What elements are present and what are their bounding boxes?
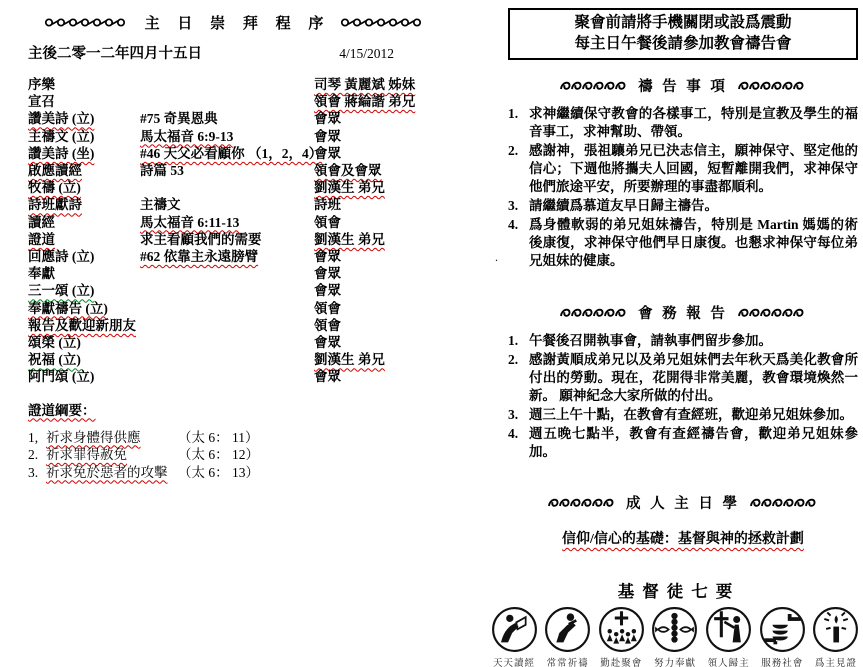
item-number: 1.	[508, 332, 529, 350]
service-row: 讀經馬太福音 6:11-13領會	[28, 214, 440, 231]
item-text: 請繼續爲慕道友早日歸主禱告。	[529, 197, 858, 215]
prayer-section-heading: 禱 告 事 項	[638, 75, 728, 96]
swirl-ornament-icon	[559, 307, 629, 319]
outline-number: 3.	[28, 464, 46, 482]
offering-icon	[651, 606, 698, 653]
item-text: 求神繼續保守教會的各樣事工，特別是宣教及學生的福音事工，求神幫助、帶領。	[529, 105, 858, 141]
service-who: 詩班	[314, 196, 440, 213]
date-row: 主後二零一二年四月十五日 4/15/2012	[28, 42, 440, 63]
service-detail	[140, 179, 314, 196]
swirl-ornament-icon	[749, 497, 819, 509]
outline-text: 祈求罪得赦免	[46, 446, 178, 464]
seven-essential-item: 天天讀經	[489, 606, 539, 667]
outline-reference: （太 6： 11）	[178, 429, 259, 447]
service-row: 阿門頌 (立)會眾	[28, 368, 440, 385]
notice-line-1: 聚會前請將手機關閉或設爲震動	[514, 12, 852, 33]
item-number: 1.	[508, 105, 529, 141]
bulletin-page: 主 日 崇 拜 程 序 主後二零一二年四月十五日 4/15/2012 序樂司琴 …	[0, 0, 863, 667]
service-row: 詩班獻詩主禱文詩班	[28, 196, 440, 213]
report-item: 4.週五晚七點半，教會有查經禱告會，歡迎弟兄姐妹參加。	[508, 425, 858, 461]
seven-essential-item: 服務社會	[757, 606, 807, 667]
service-row: 祝福 (立)劉漢生 弟兄	[28, 351, 440, 368]
service-item: 證道	[28, 231, 140, 248]
report-item: 1.午餐後召開執事會，請執事們留步參加。	[508, 332, 858, 350]
seven-essential-item: 常常祈禱	[543, 606, 593, 667]
seven-essential-item: 爲主見證	[811, 606, 861, 667]
service-who: 領會及會眾	[314, 162, 440, 179]
service-detail	[140, 76, 314, 93]
seven-essential-item: 勤赴聚會	[596, 606, 646, 667]
announcements-column: 聚會前請將手機關閉或設爲震動 每主日午餐後請參加教會禱告會 禱 告 事 項 1.…	[508, 8, 858, 548]
seven-essential-item: 努力奉獻	[650, 606, 700, 667]
service-row: 主禱文 (立)馬太福音 6:9-13會眾	[28, 128, 440, 145]
service-row: 啟應讀經詩篇 53領會及會眾	[28, 162, 440, 179]
date-numeric: 4/15/2012	[339, 46, 440, 62]
service-who: 領會	[314, 317, 440, 334]
worship-order-title: 主 日 崇 拜 程 序	[138, 12, 331, 33]
church-gathering-icon	[598, 606, 645, 653]
service-item: 頌榮 (立)	[28, 334, 140, 351]
seven-essentials-title: 基督徒七要	[489, 578, 861, 602]
service-row: 讚美詩 (立)#75 奇異恩典會眾	[28, 110, 440, 127]
prayer-item: 2.感謝神，張祖驤弟兄已決志信主，願神保守、堅定他的信心；下週他將攜夫人回國，短…	[508, 142, 858, 196]
prayer-icon	[544, 606, 591, 653]
report-section-heading-row: 會 務 報 告	[508, 302, 858, 323]
item-number: 2.	[508, 142, 529, 196]
swirl-ornament-icon	[737, 80, 807, 92]
item-number: 3.	[508, 197, 529, 215]
service-who: 會眾	[314, 128, 440, 145]
service-item: 報告及歡迎新朋友	[28, 317, 140, 334]
service-item: 祝福 (立)	[28, 351, 140, 368]
service-row: 奉獻會眾	[28, 265, 440, 282]
service-detail: #75 奇異恩典	[140, 110, 314, 127]
date-chinese: 主後二零一二年四月十五日	[28, 42, 202, 63]
item-number: 4.	[508, 425, 529, 461]
notice-box: 聚會前請將手機關閉或設爲震動 每主日午餐後請參加教會禱告會	[508, 8, 858, 60]
sunday-school-topic: 信仰/信心的基礎：基督與神的拯救計劃	[508, 528, 858, 548]
outline-number: 2.	[28, 446, 46, 464]
seven-essential-item: 領人歸主	[704, 606, 754, 667]
seven-essential-label: 爲主見證	[815, 655, 857, 667]
service-who: 領會 蔣綸諧 弟兄	[314, 93, 440, 110]
item-text: 感謝黃順成弟兄以及弟兄姐妹們去年秋天爲美化教會所付出的勞動。現在，花開得非常美麗…	[529, 351, 858, 405]
outline-text: 祈求身體得供應	[46, 429, 178, 447]
sermon-outline-item: 3.祈求免於惡者的攻擊（太 6： 13）	[28, 464, 440, 482]
service-item: 奉獻禱告 (立)	[28, 300, 140, 317]
item-number: 4.	[508, 216, 529, 270]
swirl-ornament-icon	[559, 80, 629, 92]
service-row: 宣召領會 蔣綸諧 弟兄	[28, 93, 440, 110]
service-detail: 詩篇 53	[140, 162, 314, 179]
service-item: 主禱文 (立)	[28, 128, 140, 145]
service-who: 會眾	[314, 282, 440, 299]
service-detail	[140, 334, 314, 351]
service-who: 領會	[314, 214, 440, 231]
service-who: 劉漢生 弟兄	[314, 351, 440, 368]
sermon-outline-list: 1,祈求身體得供應（太 6： 11）2.祈求罪得赦免（太 6： 12）3.祈求免…	[28, 429, 440, 482]
prayer-section-heading-row: 禱 告 事 項	[508, 75, 858, 96]
item-text: 週五晚七點半，教會有查經禱告會，歡迎弟兄姐妹參加。	[529, 425, 858, 461]
sermon-outline-item: 2.祈求罪得赦免（太 6： 12）	[28, 446, 440, 464]
service-order-table: 序樂司琴 黃麗斌 姊妹宣召領會 蔣綸諧 弟兄讚美詩 (立)#75 奇異恩典會眾主…	[28, 76, 440, 386]
service-item: 讀經	[28, 214, 140, 231]
service-who: 會眾	[314, 334, 440, 351]
service-item: 序樂	[28, 76, 140, 93]
service-who: 會眾	[314, 145, 440, 162]
report-item: 2.感謝黃順成弟兄以及弟兄姐妹們去年秋天爲美化教會所付出的勞動。現在，花開得非常…	[508, 351, 858, 405]
service-item: 宣召	[28, 93, 140, 110]
item-number: 2.	[508, 351, 529, 405]
swirl-ornament-icon	[737, 307, 807, 319]
outline-reference: （太 6： 13）	[178, 464, 259, 482]
service-detail	[140, 351, 314, 368]
witness-icon	[812, 606, 859, 653]
service-detail	[140, 368, 314, 385]
notice-line-2: 每主日午餐後請參加教會禱告會	[514, 33, 852, 54]
service-item: 奉獻	[28, 265, 140, 282]
service-item: 阿門頌 (立)	[28, 368, 140, 385]
bible-reading-icon	[491, 606, 538, 653]
service-detail	[140, 265, 314, 282]
service-who: 會眾	[314, 248, 440, 265]
report-items-list: 1.午餐後召開執事會，請執事們留步參加。2.感謝黃順成弟兄以及弟兄姐妹們去年秋天…	[508, 332, 858, 461]
service-who: 司琴 黃麗斌 姊妹	[314, 76, 440, 93]
community-service-icon	[759, 606, 806, 653]
service-detail	[140, 282, 314, 299]
sunday-school-heading-row: 成 人 主 日 學	[508, 492, 858, 513]
service-row: 證道求主看顧我們的需要劉漢生 弟兄	[28, 231, 440, 248]
service-row: 頌榮 (立)會眾	[28, 334, 440, 351]
stray-period: .	[495, 250, 498, 265]
prayer-item: 3.請繼續爲慕道友早日歸主禱告。	[508, 197, 858, 215]
report-section-heading: 會 務 報 告	[638, 302, 728, 323]
service-item: 牧禱 (立)	[28, 179, 140, 196]
outline-reference: （太 6： 12）	[178, 446, 259, 464]
item-number: 3.	[508, 406, 529, 424]
service-item: 三一頌 (立)	[28, 282, 140, 299]
service-detail: #62 依靠主永遠膀臂	[140, 248, 314, 265]
item-text: 感謝神，張祖驤弟兄已決志信主，願神保守、堅定他的信心；下週他將攜夫人回國，短暫離…	[529, 142, 858, 196]
service-row: 報告及歡迎新朋友領會	[28, 317, 440, 334]
service-detail: 主禱文	[140, 196, 314, 213]
service-item: 啟應讀經	[28, 162, 140, 179]
service-row: 牧禱 (立)劉漢生 弟兄	[28, 179, 440, 196]
worship-order-title-row: 主 日 崇 拜 程 序	[28, 12, 440, 33]
service-detail: 馬太福音 6:11-13	[140, 214, 314, 231]
seven-essential-label: 努力奉獻	[654, 655, 696, 667]
prayer-item: 1.求神繼續保守教會的各樣事工，特別是宣教及學生的福音事工，求神幫助、帶領。	[508, 105, 858, 141]
outline-text: 祈求免於惡者的攻擊	[46, 464, 178, 482]
service-row: 奉獻禱告 (立)領會	[28, 300, 440, 317]
seven-essential-label: 服務社會	[761, 655, 803, 667]
sunday-school-heading: 成 人 主 日 學	[626, 492, 740, 513]
seven-essentials-block: 基督徒七要 天天讀經常常祈禱勤赴聚會努力奉獻領人歸主服務社會爲主見證	[489, 578, 861, 667]
service-detail	[140, 93, 314, 110]
seven-essential-label: 天天讀經	[493, 655, 535, 667]
service-row: 三一頌 (立)會眾	[28, 282, 440, 299]
sermon-outline-item: 1,祈求身體得供應（太 6： 11）	[28, 429, 440, 447]
service-who: 劉漢生 弟兄	[314, 231, 440, 248]
service-detail	[140, 317, 314, 334]
seven-essential-label: 勤赴聚會	[600, 655, 642, 667]
item-text: 爲身體軟弱的弟兄姐妹禱告，特別是 Martin 媽媽的術後康復，求神保守他們早日…	[529, 216, 858, 270]
service-item: 讚美詩 (立)	[28, 110, 140, 127]
prayer-item: 4.爲身體軟弱的弟兄姐妹禱告，特別是 Martin 媽媽的術後康復，求神保守他們…	[508, 216, 858, 270]
seven-essentials-icons-row: 天天讀經常常祈禱勤赴聚會努力奉獻領人歸主服務社會爲主見證	[489, 606, 861, 667]
service-row: 回應詩 (立)#62 依靠主永遠膀臂會眾	[28, 248, 440, 265]
item-text: 午餐後召開執事會，請執事們留步參加。	[529, 332, 858, 350]
sermon-outline-title: 證道綱要：	[28, 399, 440, 419]
item-text: 週三上午十點，在教會有查經班，歡迎弟兄姐妹參加。	[529, 406, 858, 424]
service-detail: #46 天父必看顧你 （1，2，4）	[140, 145, 314, 162]
seven-essential-label: 常常祈禱	[547, 655, 589, 667]
outline-number: 1,	[28, 429, 46, 447]
service-detail: 馬太福音 6:9-13	[140, 128, 314, 145]
evangelism-icon	[705, 606, 752, 653]
report-item: 3.週三上午十點，在教會有查經班，歡迎弟兄姐妹參加。	[508, 406, 858, 424]
seven-essential-label: 領人歸主	[708, 655, 750, 667]
service-item: 讚美詩 (坐)	[28, 145, 140, 162]
service-detail	[140, 300, 314, 317]
chain-ornament-icon	[43, 17, 129, 28]
chain-ornament-icon	[339, 17, 425, 28]
service-row: 序樂司琴 黃麗斌 姊妹	[28, 76, 440, 93]
worship-order-column: 主 日 崇 拜 程 序 主後二零一二年四月十五日 4/15/2012 序樂司琴 …	[28, 12, 440, 481]
swirl-ornament-icon	[547, 497, 617, 509]
prayer-items-list: 1.求神繼續保守教會的各樣事工，特別是宣教及學生的福音事工，求神幫助、帶領。2.…	[508, 105, 858, 270]
service-who: 會眾	[314, 368, 440, 385]
service-who: 劉漢生 弟兄	[314, 179, 440, 196]
service-who: 會眾	[314, 265, 440, 282]
service-detail: 求主看顧我們的需要	[140, 231, 314, 248]
service-who: 會眾	[314, 110, 440, 127]
service-item: 回應詩 (立)	[28, 248, 140, 265]
service-row: 讚美詩 (坐)#46 天父必看顧你 （1，2，4）會眾	[28, 145, 440, 162]
service-item: 詩班獻詩	[28, 196, 140, 213]
service-who: 領會	[314, 300, 440, 317]
